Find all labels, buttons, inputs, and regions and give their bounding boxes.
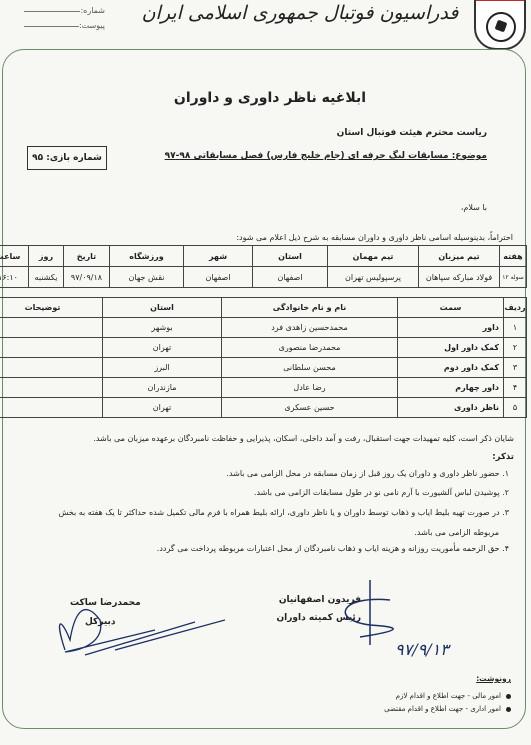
cc-item: امور اداری - جهت اطلاع و اقدام مقتضی [384,705,511,713]
match-row: سوله ۱۲ فولاد مبارکه سپاهان پرسپولیس تهر… [0,267,527,288]
guest-team-cell: پرسپولیس تهران [328,267,419,288]
week-cell: سوله ۱۲ [500,267,527,288]
province-cell: اصفهان [253,267,328,288]
role-cell: کمک داور دوم [398,358,504,378]
notes-cell [0,318,103,338]
flag-stripe [476,0,524,1]
row-number: ۱ [504,318,527,338]
col-guest-team: تیم مهمان [328,246,419,267]
match-info-table: هفته تیم میزبان تیم مهمان استان شهر ورزش… [0,245,527,288]
province-cell: مازندران [103,378,222,398]
notes-cell [0,358,103,378]
city-cell: اصفهان [184,267,253,288]
number-field: شماره: [20,6,105,15]
province-cell: البرز [103,358,222,378]
role-cell: داور چهارم [398,378,504,398]
match-number-box: شماره بازی: ۹۵ [27,146,107,170]
name-cell: حسین عسکری [222,398,398,418]
host-team-cell: فولاد مبارکه سپاهان [419,267,500,288]
table-row: ۳ کمک داور دوم محسن سلطانی البرز [0,358,527,378]
federation-logo [474,0,526,50]
addressee: ریاست محترم هیئت فوتبال استان [337,128,487,138]
bullet-icon [506,707,511,712]
notes-cell [0,398,103,418]
col-province: استان [253,246,328,267]
cc-item: امور مالی - جهت اطلاع و اقدام لازم [396,692,511,700]
stadium-cell: نقش جهان [110,267,184,288]
col-stadium: ورزشگاه [110,246,184,267]
date-cell: ۹۷/۰۹/۱۸ [64,267,110,288]
name-cell: رضا عادل [222,378,398,398]
col-host-team: تیم میزبان [419,246,500,267]
org-title: فدراسیون فوتبال جمهوری اسلامی ایران [140,2,460,24]
col-week: هفته [500,246,527,267]
referee-table-header: ردیف سمت نام و نام خانوادگی استان توضیحا… [0,298,527,318]
name-cell: محسن سلطانی [222,358,398,378]
intro-text: احتراماً، بدینوسیله اسامی ناظر داوری و د… [236,233,513,242]
col-day: روز [29,246,64,267]
col-time: ساعت [0,246,29,267]
name-cell: محمدحسین زاهدی فرد [222,318,398,338]
province-cell: بوشهر [103,318,222,338]
province-cell: تهران [103,398,222,418]
attachment-field: پیوست: [20,21,105,30]
role-cell: داور [398,318,504,338]
document-title: ابلاغیه ناظر داوری و داوران [140,90,400,106]
match-table-header: هفته تیم میزبان تیم مهمان استان شهر ورزش… [0,246,527,267]
role-cell: کمک داور اول [398,338,504,358]
reminder-item: ۴. حق الزحمه مأموریت روزانه و هزینه ایاب… [157,544,509,553]
hosting-statement: شایان ذکر است، کلیه تمهیدات جهت استقبال،… [93,434,514,443]
secretary-signature-scribble [45,600,225,660]
row-number: ۲ [504,338,527,358]
bullet-icon [506,694,511,699]
signature-scribble [330,575,410,655]
day-cell: یکشنبه [29,267,64,288]
subject-line: موضوع: مسابقات لیگ حرفه ای (جام خلیج فار… [165,151,487,161]
reminder-title: تذکر: [492,452,514,462]
table-row: ۵ ناظر داوری حسین عسکری تهران [0,398,527,418]
reminder-item: ۳. در صورت تهیه بلیط ایاب و ذهاب توسط دا… [59,508,509,517]
cc-item-label: امور اداری - جهت اطلاع و اقدام مقتضی [384,705,501,713]
province-cell: تهران [103,338,222,358]
table-row: ۲ کمک داور اول محمدرضا منصوری تهران [0,338,527,358]
row-number: ۵ [504,398,527,418]
table-row: ۴ داور چهارم رضا عادل مازندران [0,378,527,398]
col-role: سمت [398,298,504,318]
role-cell: ناظر داوری [398,398,504,418]
referee-table: ردیف سمت نام و نام خانوادگی استان توضیحا… [0,297,527,418]
reminder-item: ۲. پوشیدن لباس آلشیورت با آرم نامی نو در… [254,488,509,497]
time-cell: ۱۶:۱۰ [0,267,29,288]
cc-item-label: امور مالی - جهت اطلاع و اقدام لازم [396,692,501,700]
col-province: استان [103,298,222,318]
reminder-item-continued: مربوطه الزامی می باشد. [414,528,499,537]
col-full-name: نام و نام خانوادگی [222,298,398,318]
col-notes: توضیحات [0,298,103,318]
greeting: با سلام، [461,203,487,212]
notes-cell [0,338,103,358]
notes-cell [0,378,103,398]
table-row: ۱ داور محمدحسین زاهدی فرد بوشهر [0,318,527,338]
cc-title: رونوشت: [476,674,511,683]
football-icon [486,12,516,42]
col-city: شهر [184,246,253,267]
row-number: ۴ [504,378,527,398]
name-cell: محمدرضا منصوری [222,338,398,358]
col-row-number: ردیف [504,298,527,318]
col-date: تاریخ [64,246,110,267]
reminder-item: ۱. حضور ناظر داوری و داوران یک روز قبل ا… [226,469,509,478]
row-number: ۳ [504,358,527,378]
